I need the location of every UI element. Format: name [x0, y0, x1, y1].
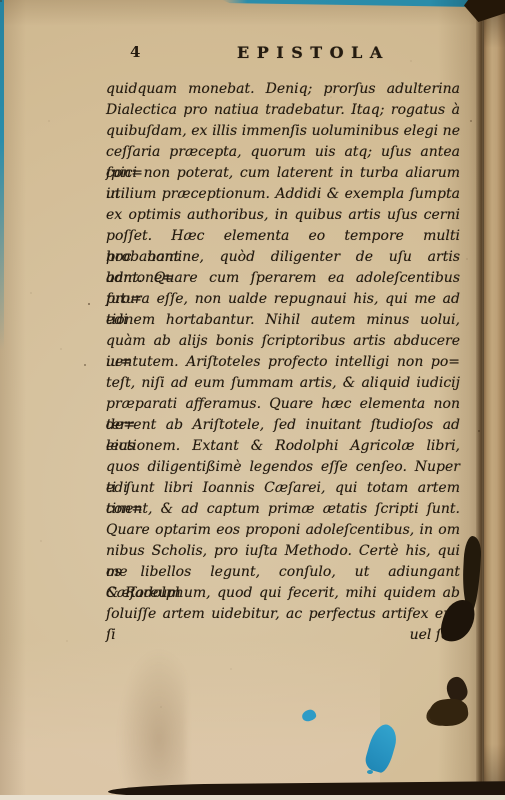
bottom-page-edge-highlight — [0, 795, 505, 800]
body-text-block: quidquam monebat. Deniq; prorſus adulter… — [106, 79, 460, 646]
text-line: nibus Scholis, pro iuſta Methodo. Certè … — [106, 541, 460, 562]
paper-speckles — [0, 0, 2, 2]
text-line: hoc nomine, quòd diligenter de uſu artis… — [106, 247, 460, 268]
page-curvature-shadow — [96, 650, 186, 800]
text-line: tionem hortabantur. Nihil autem minus uo… — [106, 310, 460, 331]
text-line: Quare optarim eos proponi adoleſcentibus… — [106, 520, 460, 541]
text-line: futura eſſe, non ualde repugnaui his, qu… — [106, 289, 460, 310]
body-lines: quidquam monebat. Deniq; prorſus adulter… — [106, 79, 460, 625]
text-line: lectionem. Extant & Rodolphi Agricolæ li… — [106, 436, 460, 457]
text-line: ſoluiſſe artem uidebitur, ac perfectus a… — [106, 604, 460, 625]
text-line: utilium præceptionum. Addidi & exempla ſ… — [106, 184, 460, 205]
text-line: bant. Quare cum ſperarem ea adoleſcentib… — [106, 268, 460, 289]
text-line: quàm ab alijs bonis ſcriptoribus artis a… — [106, 331, 460, 352]
text-line: Dialectica pro natiua tradebatur. Itaq; … — [106, 100, 460, 121]
text-line: teſt, niſi ad eum ſummam artis, & aliqui… — [106, 373, 460, 394]
text-line: ceſſaria præcepta, quorum uis atq; uſus … — [106, 142, 460, 163]
text-line: quidquam monebat. Deniq; prorſus adulter… — [106, 79, 460, 100]
page-number: 4 — [130, 43, 140, 61]
book-cover-edge-left — [0, 0, 4, 350]
text-line: uentutem. Ariſtoteles profecto intelligi… — [106, 352, 460, 373]
text-line: ti ſunt libri Ioannis Cæſarei, qui totam… — [106, 478, 460, 499]
blue-ink-stain-tiny — [367, 770, 373, 774]
text-line: ſpici non poterat, cum laterent in turba… — [106, 163, 460, 184]
running-header-title: EPISTOLA — [237, 43, 390, 62]
text-line: ex optimis authoribus, in quibus artis u… — [106, 205, 460, 226]
catchword: uel ſcri — [106, 625, 460, 646]
scanned-book-page: 4 EPISTOLA quidquam monebat. Deniq; pror… — [0, 0, 505, 800]
text-line: terrent ab Ariſtotele, ſed inuitant ſtud… — [106, 415, 460, 436]
text-line: quibuſdam, ex illis immenſis uoluminibus… — [106, 121, 460, 142]
text-line: quos diligentißimè legendos eſſe cenſeo.… — [106, 457, 460, 478]
text-line: tinent, & ad captum primæ ætatis ſcripti… — [106, 499, 460, 520]
text-line: & Rodolphum, quod qui fecerit, mihi quid… — [106, 583, 460, 604]
page-edge-crease — [476, 0, 484, 800]
book-page-edges — [484, 0, 505, 800]
text-line: poſſet. Hæc elementa eo tempore multi pr… — [106, 226, 460, 247]
text-line: os libellos legunt, conſulo, ut adiungan… — [106, 562, 460, 583]
text-line: præparati afferamus. Quare hæc elementa … — [106, 394, 460, 415]
